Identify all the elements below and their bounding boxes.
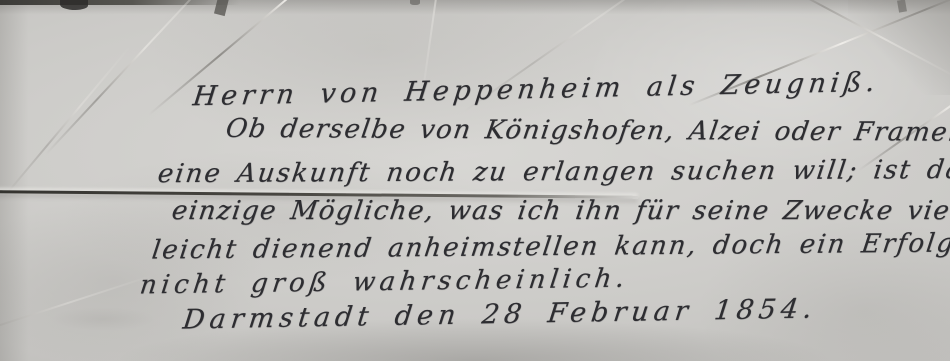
handwritten-line-7-dateline: Darmstadt den 28 Februar 1854.: [181, 293, 818, 335]
handwritten-line-2: Ob derselbe von Königshofen, Alzei oder …: [224, 114, 950, 148]
torn-top-edge: [0, 0, 240, 5]
handwritten-line-1: Herrn von Heppenheim als Zeugniß.: [191, 67, 881, 112]
torn-top-fragment: [214, 0, 229, 16]
handwritten-line-3: eine Auskunft noch zu erlangen suchen wi…: [156, 155, 950, 189]
faint-smudge: [28, 296, 178, 338]
handwritten-line-6: nicht groß wahrscheinlich.: [138, 264, 630, 301]
torn-top-fragment: [60, 0, 88, 10]
handwritten-line-4: einzige Mögliche, was ich ihn für seine …: [170, 196, 950, 226]
fold-crease: [45, 0, 217, 155]
torn-top-fragment: [897, 0, 907, 13]
fold-crease: [0, 274, 154, 332]
torn-top-fragment: [410, 0, 420, 5]
handwritten-line-5: leicht dienend anheimstellen kann, doch …: [150, 228, 950, 265]
handwritten-letter-photo: Herrn von Heppenheim als Zeugniß. Ob der…: [0, 0, 950, 361]
fold-crease: [1, 46, 131, 200]
